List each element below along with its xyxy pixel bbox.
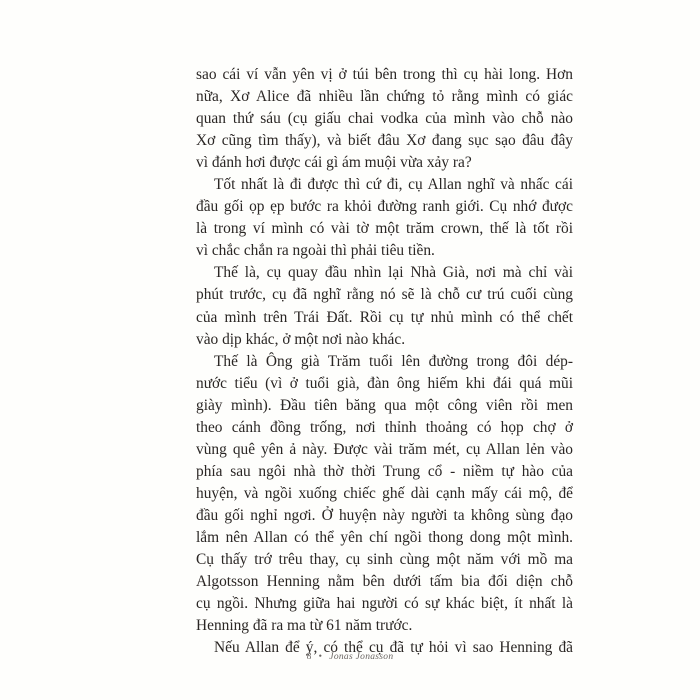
book-page: sao cái ví vẫn yên vị ở túi bên trong th… [0,0,700,700]
body-text: sao cái ví vẫn yên vị ở túi bên trong th… [196,64,573,659]
text-line: sao cái ví vẫn yên vị ở túi bên trong th… [196,64,573,86]
text-line: là trong ví mình có vài tờ một trăm crow… [196,218,573,240]
text-line: đầu gối nghỉ ngơi. Ở huyện này người ta … [196,505,573,527]
text-line: Thế là Ông già Trăm tuổi lên đường trong… [196,351,573,373]
text-line: theo cánh đồng trống, nơi thỉnh thoảng c… [196,417,573,439]
text-line: Algotsson Henning nằm bên dưới tấm bia đ… [196,571,573,593]
footer-separator: • [319,652,323,662]
text-line: Henning đã ra ma từ 61 năm trước. [196,615,573,637]
text-line: giày mình). Đầu tiên băng qua một công v… [196,395,573,417]
text-line: Xơ cũng tìm thấy), và biết đâu Xơ đang s… [196,130,573,152]
text-line: của mình trên Trái Đất. Rồi cụ tự nhủ mì… [196,307,573,329]
text-line: Tốt nhất là đi được thì cứ đi, cụ Allan … [196,174,573,196]
text-line: Thế là, cụ quay đầu nhìn lại Nhà Già, nơ… [196,262,573,284]
text-line: vào dịp khác, ở một nơi nào khác. [196,329,573,351]
text-line: phút trước, cụ đã nghĩ rằng nó sẽ là chỗ… [196,284,573,306]
text-line: Cụ thấy trớ trêu thay, cụ sinh cùng một … [196,549,573,571]
text-line: cụ ngồi. Nhưng giữa hai người có sự khác… [196,593,573,615]
text-line: lắm nên Allan có thể yên chí ngồi thong … [196,527,573,549]
text-line: vùng quê yên ả này. Được vài trăm mét, c… [196,439,573,461]
page-footer: 8•Jonas Jonasson [0,652,700,662]
text-line: vì chắc chắn ra ngoài thì phải tiêu tiền… [196,240,573,262]
text-line: nữa, Xơ Alice đã nhiều lần chứng tỏ rằng… [196,86,573,108]
text-line: huyện, và ngồi xuống chiếc ghế dài cạnh … [196,483,573,505]
text-line: phía sau ngôi nhà thờ thời Trung cổ - ni… [196,461,573,483]
text-line: quan thứ sáu (cụ giấu chai vodka của mìn… [196,108,573,130]
text-line: đầu gối ọp ẹp bước ra khỏi đường ranh gi… [196,196,573,218]
text-line: nước tiểu (vì ở tuổi già, đàn ông hiếm k… [196,373,573,395]
page-number: 8 [307,652,312,662]
text-line: vì đánh hơi được cái gì ám muội vừa xảy … [196,152,573,174]
footer-author: Jonas Jonasson [329,652,393,662]
